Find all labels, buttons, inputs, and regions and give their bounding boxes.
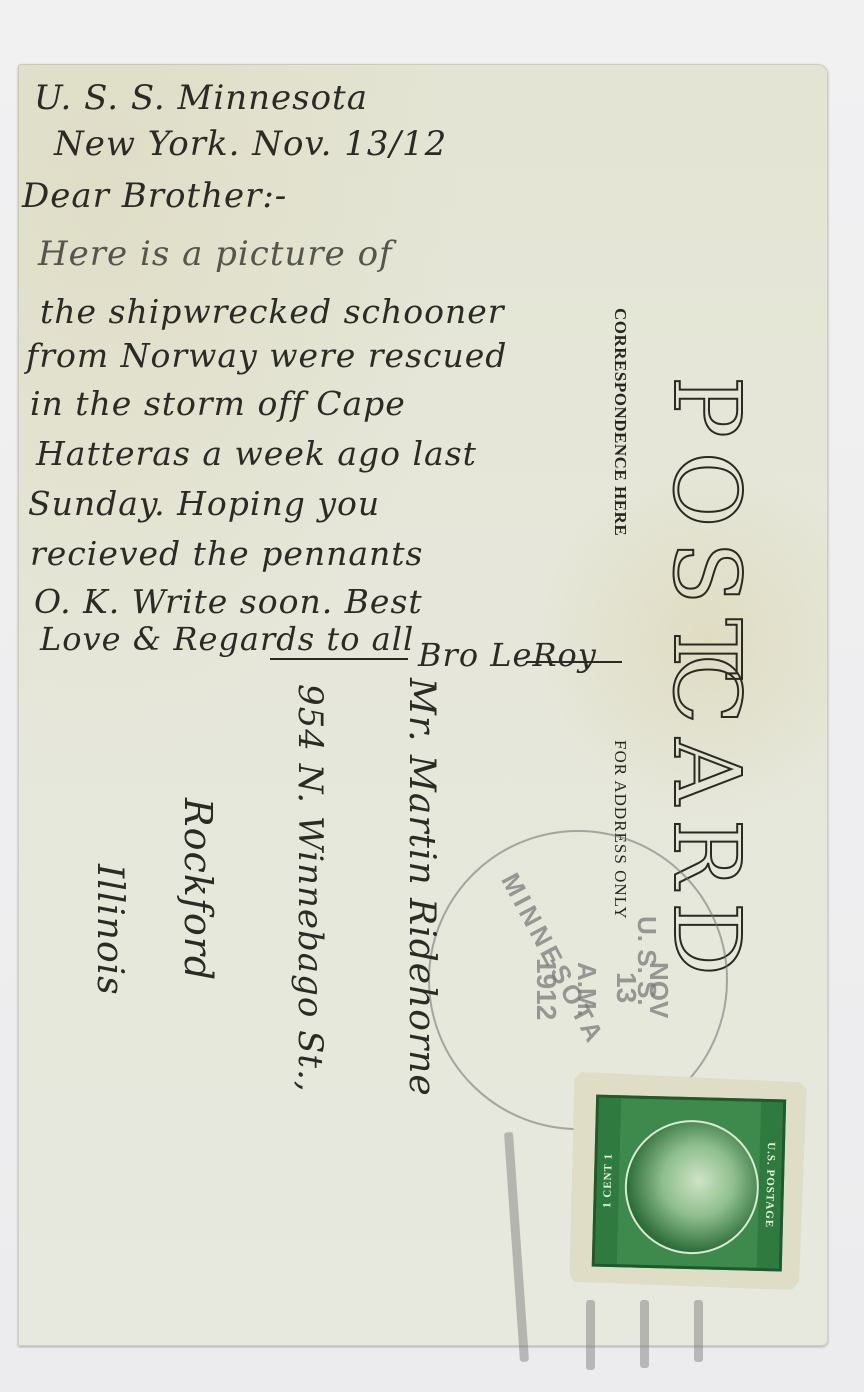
message-line-1: Here is a picture of — [38, 234, 393, 274]
postcard-title-post: POST — [653, 376, 760, 694]
correspondence-label: CORRESPONDENCE HERE — [610, 308, 630, 536]
cancellation-bar-3 — [640, 1300, 649, 1368]
message-heading-ship: U. S. S. Minnesota — [34, 78, 368, 118]
signature-underline — [526, 661, 622, 663]
postmark-month: NOV — [643, 962, 674, 1018]
message-line-9: Love & Regards to all — [40, 620, 414, 658]
washington-portrait-icon — [623, 1118, 760, 1255]
address-line-city: Rockford — [176, 798, 220, 981]
stamp-denomination-text: 1 CENT 1 — [595, 1098, 621, 1265]
postmark-time: A.M. — [571, 962, 602, 1017]
cancellation-bar-1 — [504, 1132, 529, 1362]
message-signature: Bro LeRoy — [418, 636, 597, 674]
message-line-6: Sunday. Hoping you — [28, 484, 380, 523]
message-line-8: O. K. Write soon. Best — [34, 582, 423, 621]
postage-stamp: 1 CENT 1 U.S. POSTAGE — [569, 1072, 806, 1290]
signature-dash — [270, 658, 408, 660]
message-line-7: recieved the pennants — [30, 534, 423, 573]
address-line-name: Mr. Martin Ridehorne — [401, 678, 442, 1097]
postmark-year: 1912 — [530, 958, 562, 1020]
message-line-5: Hatteras a week ago last — [36, 434, 477, 473]
message-salutation: Dear Brother:- — [22, 176, 287, 216]
address-line-street: 954 N. Winnebago St., — [290, 684, 330, 1093]
message-heading-date: New York. Nov. 13/12 — [54, 124, 447, 164]
message-line-2: the shipwrecked schooner — [40, 292, 505, 331]
cancellation-bar-2 — [586, 1300, 595, 1370]
scan-background: U. S. S. Minnesota New York. Nov. 13/12 … — [0, 0, 864, 1392]
message-line-3: from Norway were rescued — [26, 336, 507, 375]
address-line-state: Illinois — [89, 864, 130, 996]
stamp-postage-text: U.S. POSTAGE — [757, 1102, 783, 1269]
postcard-back: U. S. S. Minnesota New York. Nov. 13/12 … — [18, 64, 828, 1346]
stamp-design: 1 CENT 1 U.S. POSTAGE — [592, 1095, 786, 1272]
cancellation-bar-4 — [694, 1300, 703, 1362]
postmark-day: 13 — [610, 972, 642, 1003]
message-line-4: in the storm off Cape — [30, 384, 406, 423]
